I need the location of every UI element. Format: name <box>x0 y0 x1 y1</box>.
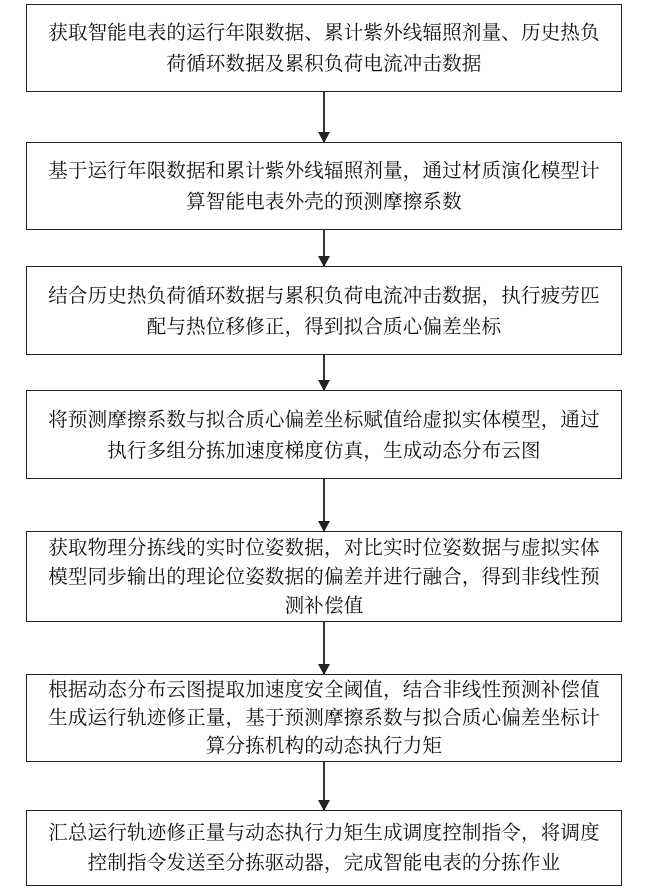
flow-step-2-text: 基于运行年限数据和累计紫外线辐照剂量，通过材质演化模型计算智能电表外壳的预测摩擦… <box>39 155 609 217</box>
flow-step-1: 获取智能电表的运行年限数据、累计紫外线辐照剂量、历史热负荷循环数据及累积负荷电流… <box>26 4 622 92</box>
flow-step-6: 根据动态分布云图提取加速度安全阈值，结合非线性预测补偿值生成运行轨迹修正量，基于… <box>26 674 622 762</box>
flow-step-7-text: 汇总运行轨迹修正量与动态执行力矩生成调度控制指令，将调度控制指令发送至分拣驱动器… <box>39 818 609 878</box>
arrow-down-icon <box>323 762 325 810</box>
flow-step-5: 获取物理分拣线的实时位姿数据，对比实时位姿数据与虚拟实体模型同步输出的理论位姿数… <box>26 531 622 622</box>
arrow-down-icon <box>323 230 325 266</box>
arrow-down-icon <box>323 92 325 142</box>
flow-step-3-text: 结合历史热负荷循环数据与累积负荷电流冲击数据，执行疲劳匹配与热位移修正，得到拟合… <box>39 280 609 342</box>
flow-step-4-text: 将预测摩擦系数与拟合质心偏差坐标赋值给虚拟实体模型，通过执行多组分拣加速度梯度仿… <box>39 404 609 466</box>
flow-step-3: 结合历史热负荷循环数据与累积负荷电流冲击数据，执行疲劳匹配与热位移修正，得到拟合… <box>26 266 622 355</box>
flow-step-7: 汇总运行轨迹修正量与动态执行力矩生成调度控制指令，将调度控制指令发送至分拣驱动器… <box>26 810 622 886</box>
flow-step-6-text: 根据动态分布云图提取加速度安全阈值，结合非线性预测补偿值生成运行轨迹修正量，基于… <box>39 676 609 760</box>
arrow-down-icon <box>323 622 325 674</box>
arrow-down-icon <box>323 355 325 390</box>
flow-step-2: 基于运行年限数据和累计紫外线辐照剂量，通过材质演化模型计算智能电表外壳的预测摩擦… <box>26 142 622 230</box>
arrow-down-icon <box>323 479 325 531</box>
flow-step-5-text: 获取物理分拣线的实时位姿数据，对比实时位姿数据与虚拟实体模型同步输出的理论位姿数… <box>39 533 609 620</box>
flow-step-1-text: 获取智能电表的运行年限数据、累计紫外线辐照剂量、历史热负荷循环数据及累积负荷电流… <box>39 17 609 79</box>
flow-step-4: 将预测摩擦系数与拟合质心偏差坐标赋值给虚拟实体模型，通过执行多组分拣加速度梯度仿… <box>26 390 622 479</box>
